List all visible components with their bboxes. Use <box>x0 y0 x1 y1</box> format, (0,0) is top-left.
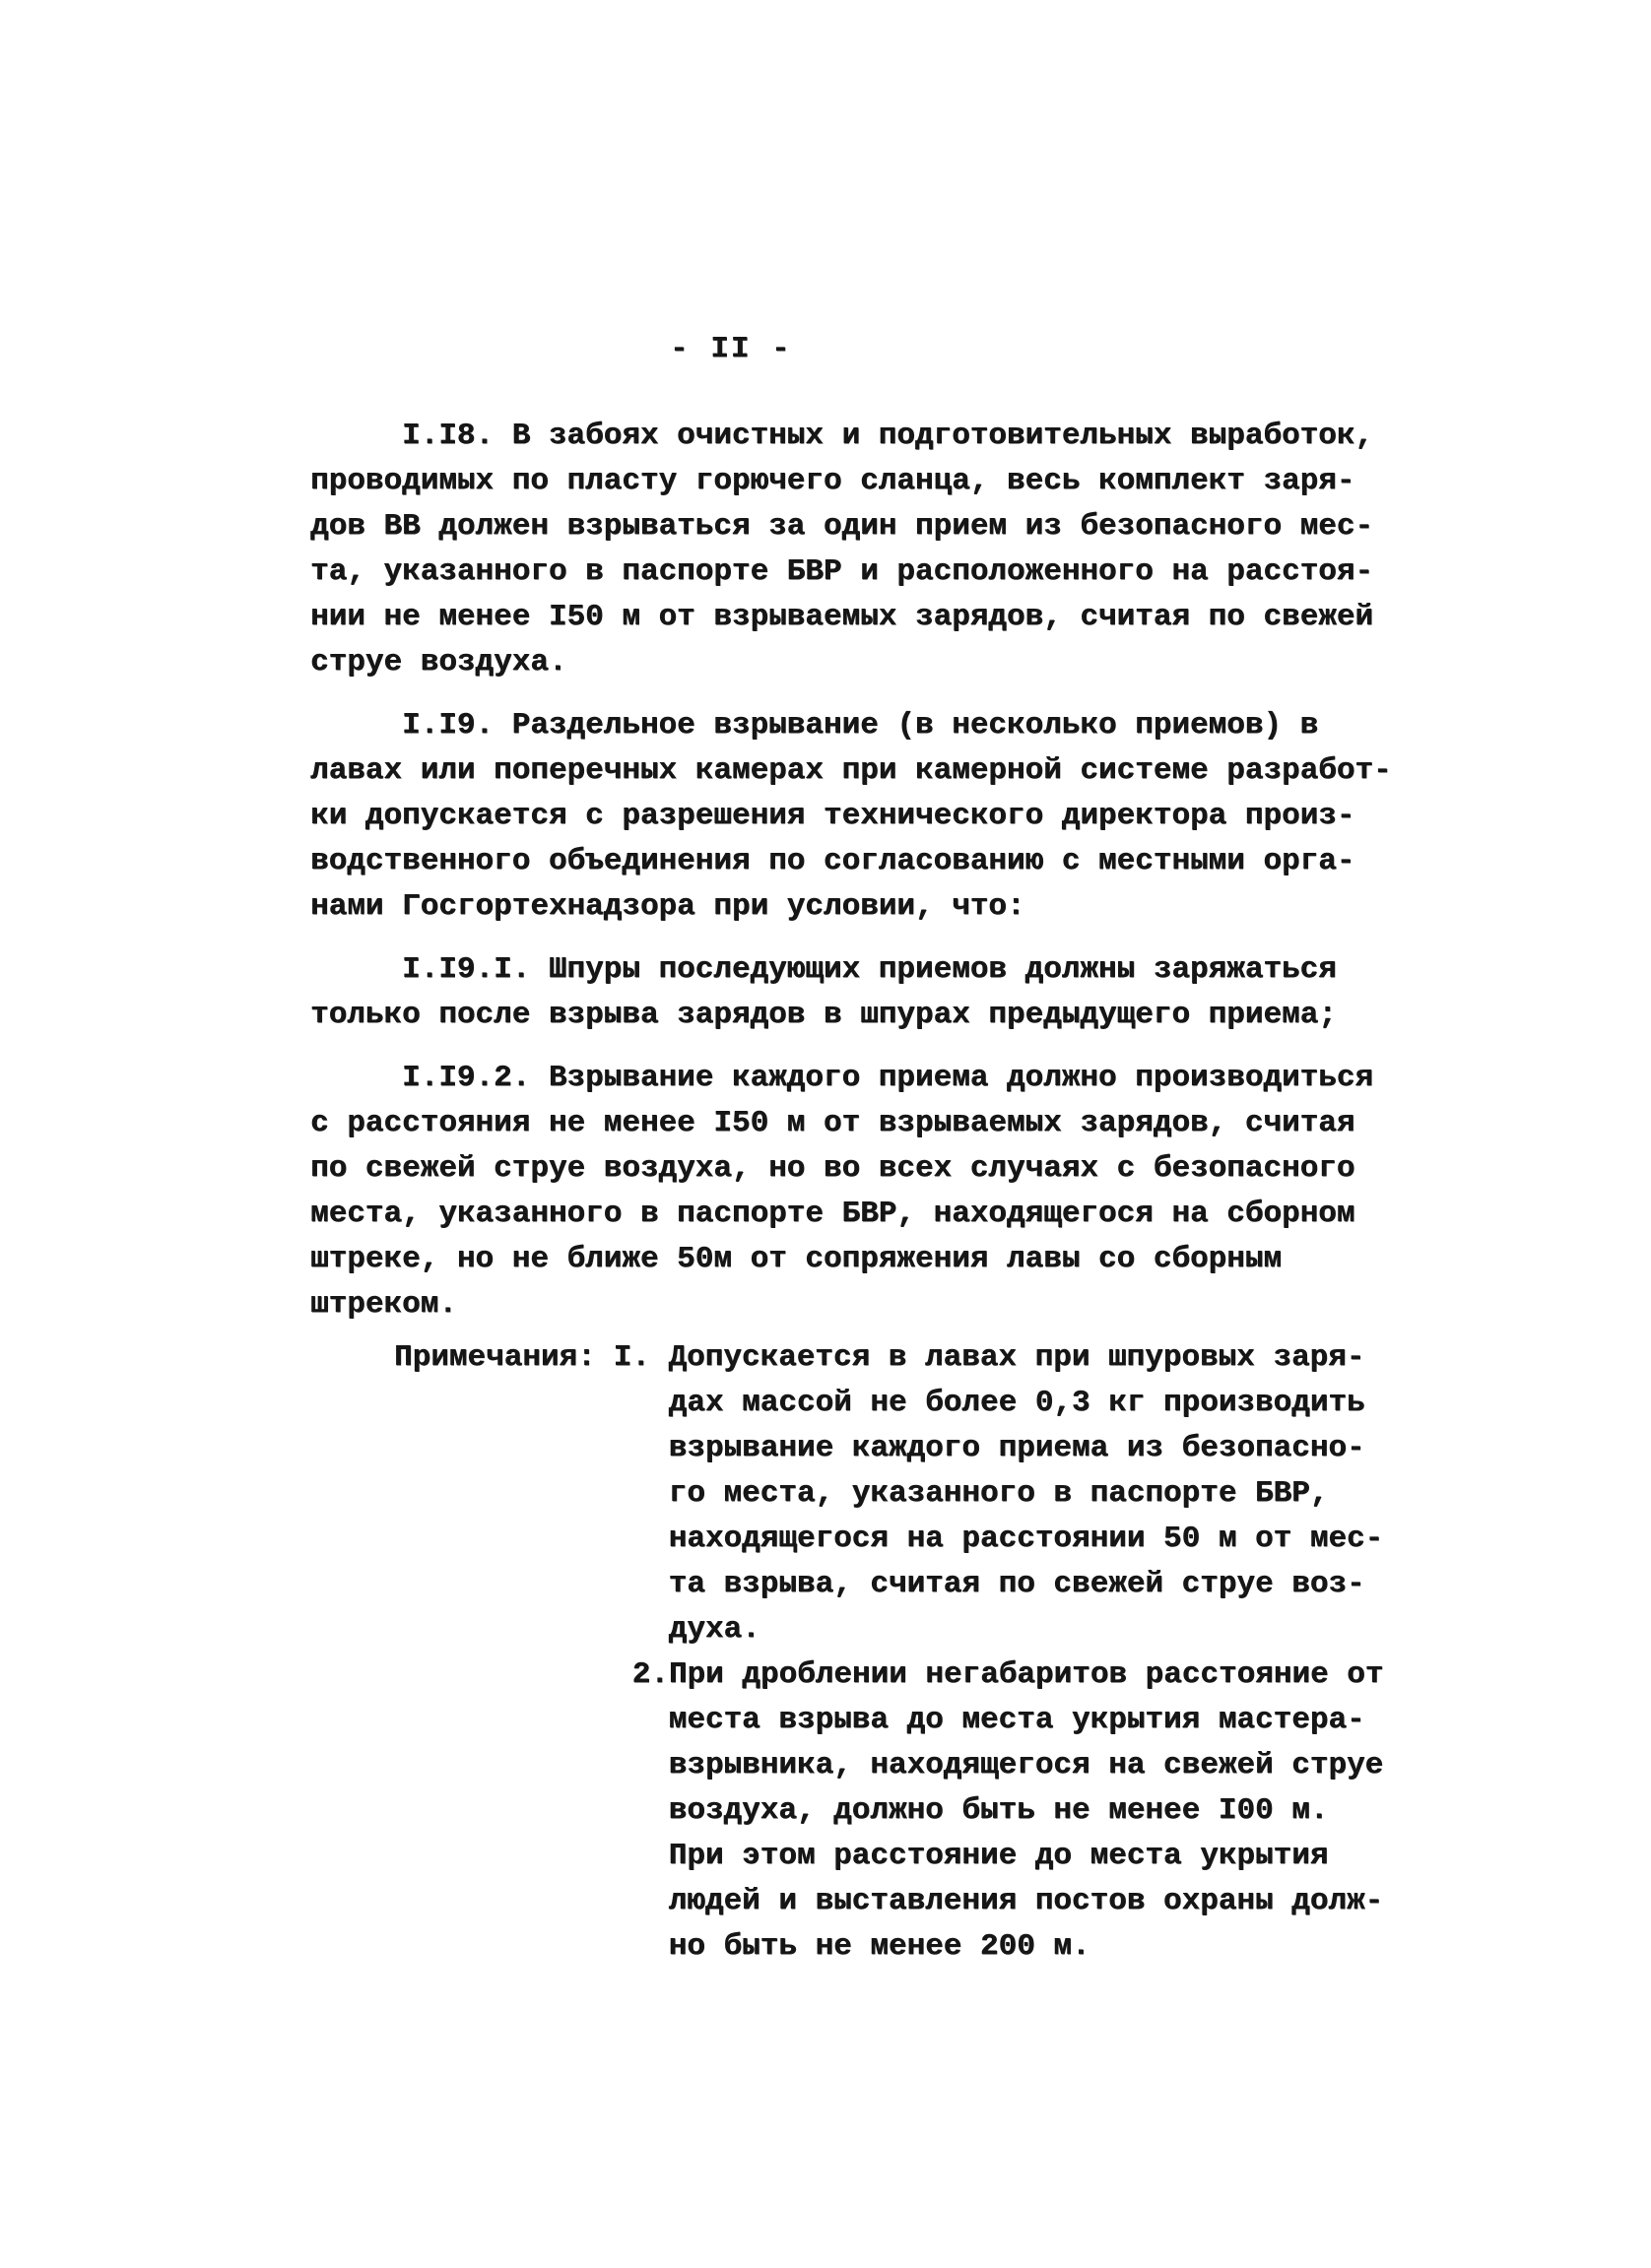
note-item-1: I. Допускается в лавах при шпуровых заря… <box>614 1335 1384 1652</box>
paragraph-1-18: I.I8. В забоях очистных и подготовительн… <box>310 414 1423 685</box>
notes-block: Примечания: I. Допускается в лавах при ш… <box>394 1335 1423 1970</box>
paragraph-1-19-1: I.I9.I. Шпуры последующих приемов должны… <box>310 947 1423 1038</box>
document-page: - II - I.I8. В забоях очистных и подгото… <box>0 0 1651 2268</box>
text-column: - II - I.I8. В забоях очистных и подгото… <box>310 0 1423 1970</box>
notes-label: Примечания: <box>394 1335 596 1381</box>
notes-items: I. Допускается в лавах при шпуровых заря… <box>614 1335 1384 1970</box>
page-number: - II - <box>670 327 1423 372</box>
paragraph-1-19-2: I.I9.2. Взрывание каждого приема должно … <box>310 1056 1423 1328</box>
note-item-2: 2.При дроблении негабаритов расстояние о… <box>614 1652 1384 1970</box>
paragraph-1-19: I.I9. Раздельное взрывание (в несколько … <box>310 703 1423 930</box>
